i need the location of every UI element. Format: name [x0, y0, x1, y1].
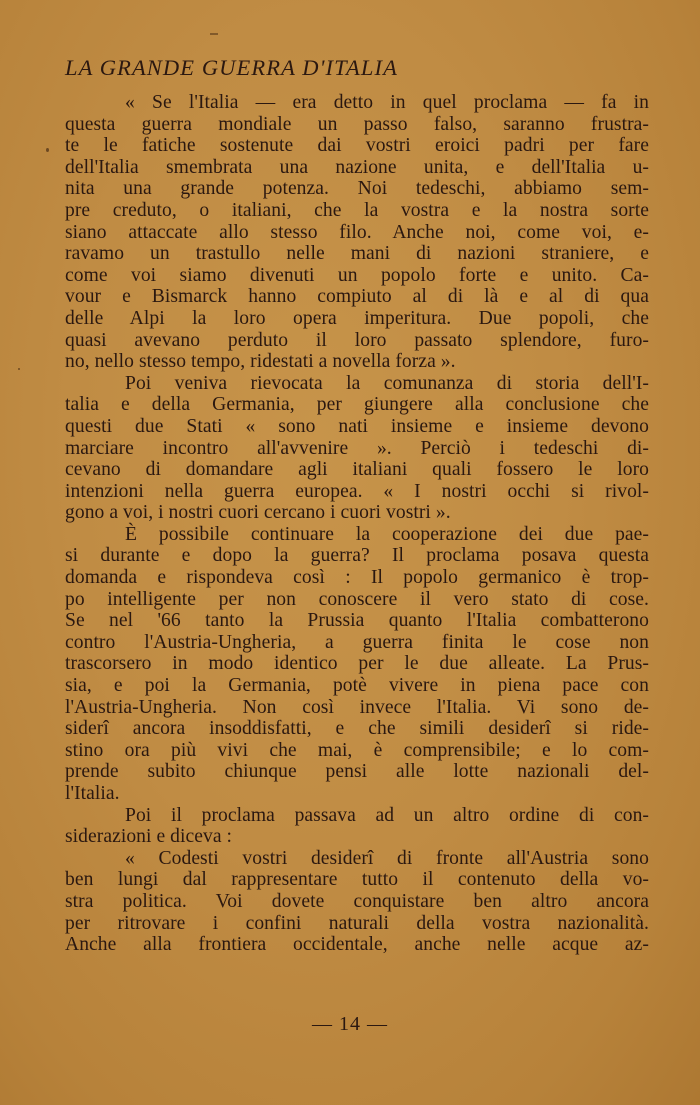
text-line: trascorsero in modo identico per le due … [65, 653, 649, 675]
text-line: È possibile continuare la cooperazione d… [65, 524, 649, 546]
text-line: ben lungi dal rappresentare tutto il con… [65, 869, 649, 891]
text-line: cevano di domandare agli italiani quali … [65, 459, 649, 481]
paper-speck [46, 148, 49, 152]
text-line: marciare incontro all'avvenire ». Perciò… [65, 438, 649, 460]
text-line: per ritrovare i confini naturali della v… [65, 913, 649, 935]
text-line: stra politica. Voi dovete conquistare be… [65, 891, 649, 913]
text-line: prende subito chiunque pensi alle lotte … [65, 761, 649, 783]
text-line: delle Alpi la loro opera imperitura. Due… [65, 308, 649, 330]
text-line: vour e Bismarck hanno compiuto al di là … [65, 286, 649, 308]
text-line: siderazioni e diceva : [65, 826, 649, 848]
text-line: talia e della Germania, per giungere all… [65, 394, 649, 416]
text-line: siano attaccate allo stesso filo. Anche … [65, 222, 649, 244]
text-line: Anche alla frontiera occidentale, anche … [65, 934, 649, 956]
text-line: Se nel '66 tanto la Prussia quanto l'Ita… [65, 610, 649, 632]
text-line: no, nello stesso tempo, ridestati a nove… [65, 351, 649, 373]
print-mark [210, 33, 218, 35]
text-line: sia, e poi la Germania, potè vivere in p… [65, 675, 649, 697]
text-line: l'Italia. [65, 783, 649, 805]
text-line: pre creduto, o italiani, che la vostra e… [65, 200, 649, 222]
text-line: contro l'Austria-Ungheria, a guerra fini… [65, 632, 649, 654]
text-line: te le fatiche sostenute dai vostri eroic… [65, 135, 649, 157]
text-line: gono a voi, i nostri cuori cercano i cuo… [65, 502, 649, 524]
text-line: come voi siamo divenuti un popolo forte … [65, 265, 649, 287]
text-line: po intelligente per non conoscere il ver… [65, 589, 649, 611]
text-line: stino ora più vivi che mai, è comprensib… [65, 740, 649, 762]
page-number: — 14 — [0, 1013, 700, 1036]
text-line: siderî ancora insoddisfatti, e che simil… [65, 718, 649, 740]
running-head: LA GRANDE GUERRA D'ITALIA [65, 55, 398, 81]
text-line: dell'Italia smembrata una nazione unita,… [65, 157, 649, 179]
text-line: questa guerra mondiale un passo falso, s… [65, 114, 649, 136]
text-line: « Codesti vostri desiderî di fronte all'… [65, 848, 649, 870]
body-text: « Se l'Italia — era detto in quel procla… [65, 92, 649, 956]
text-line: intenzioni nella guerra europea. « I nos… [65, 481, 649, 503]
text-line: domanda e rispondeva così : Il popolo ge… [65, 567, 649, 589]
text-line: ravamo un trastullo nelle mani di nazion… [65, 243, 649, 265]
text-line: « Se l'Italia — era detto in quel procla… [65, 92, 649, 114]
book-page: LA GRANDE GUERRA D'ITALIA « Se l'Italia … [0, 0, 700, 1105]
text-line: quasi avevano perduto il loro passato sp… [65, 330, 649, 352]
text-line: nita una grande potenza. Noi tedeschi, a… [65, 178, 649, 200]
text-line: l'Austria-Ungheria. Non così invece l'It… [65, 697, 649, 719]
text-line: Poi il proclama passava ad un altro ordi… [65, 805, 649, 827]
paper-speck [18, 368, 20, 370]
text-line: Poi veniva rievocata la comunanza di sto… [65, 373, 649, 395]
text-line: si durante e dopo la guerra? Il proclama… [65, 545, 649, 567]
text-line: questi due Stati « sono nati insieme e i… [65, 416, 649, 438]
